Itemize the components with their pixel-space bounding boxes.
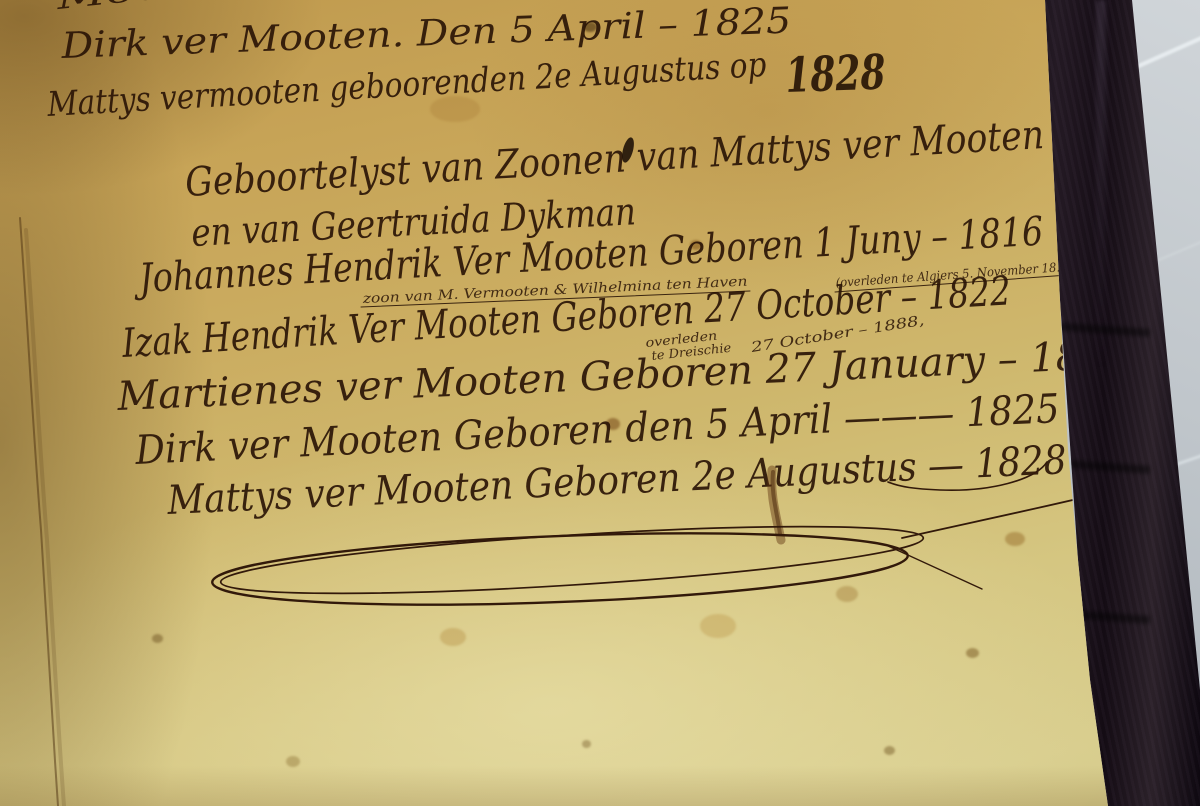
top-cutoff-word: Mooten (54, 0, 243, 17)
memo-line-2-year: 1828 (784, 45, 886, 104)
page-crease-shadow (26, 230, 64, 806)
book-page: Mooten Dirk ver Mooten. Den 5 April – 18… (0, 0, 1200, 806)
page-crease-line (20, 218, 58, 806)
photo-of-family-register-page: Mooten Dirk ver Mooten. Den 5 April – 18… (0, 0, 1200, 806)
handwriting-layer: Mooten Dirk ver Mooten. Den 5 April – 18… (0, 0, 1200, 806)
flourish-descender (886, 545, 982, 589)
flourish-ellipse-inner (219, 513, 925, 607)
cover-sheen (1096, 0, 1106, 370)
